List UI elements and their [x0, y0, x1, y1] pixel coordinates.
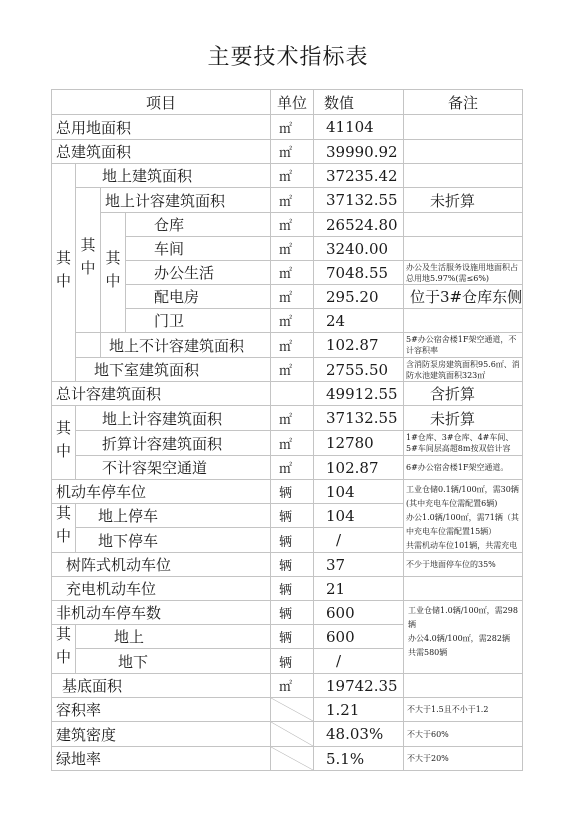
value-cell-text: 600 [326, 604, 355, 622]
row-label: 地下室建筑面积 [75, 357, 271, 382]
group-label-aboveground-text: 其中 [78, 237, 99, 283]
row-label: 地上建筑面积 [75, 163, 271, 188]
group-label-bike-text: 其中 [53, 626, 74, 672]
unit-cell [270, 381, 314, 406]
unit-cell: ㎡ [270, 405, 314, 431]
note-cell: 不大于60% [403, 721, 523, 747]
row-label: 非机动车停车数 [51, 600, 271, 625]
unit-cell: ㎡ [270, 114, 314, 140]
value-cell: / [313, 527, 404, 553]
row-label: 不计容架空通道 [75, 455, 271, 480]
note-cell-text: 办公及生活服务设施用地面积占总用地5.97%(需≤6%) [406, 262, 522, 284]
unit-cell-text: 辆 [279, 652, 292, 671]
unit-cell-text: ㎡ [279, 215, 292, 234]
row-label-text: 树阵式机动车位 [66, 554, 171, 575]
unit-cell: 辆 [270, 600, 314, 625]
value-cell-text: 26524.80 [326, 216, 398, 234]
value-cell: 295.20 [313, 284, 404, 309]
header-value-text: 数值 [324, 92, 354, 113]
note-cell [403, 236, 523, 261]
row-label-text: 地上计容建筑面积 [102, 408, 222, 429]
value-cell-text: 37 [326, 556, 345, 574]
note-cell: 不大于20% [403, 746, 523, 771]
group-label-far-text: 其中 [53, 420, 74, 466]
header-note: 备注 [403, 89, 523, 115]
note-cell-text: 不大于60% [407, 729, 449, 740]
unit-cell [270, 721, 314, 747]
unit-cell: ㎡ [270, 139, 314, 164]
row-label: 仓库 [125, 212, 271, 237]
value-cell: 5.1% [313, 746, 404, 771]
row-label: 办公生活 [125, 260, 271, 285]
value-cell-text: 1.21 [326, 701, 359, 719]
value-cell: 12780 [313, 430, 404, 456]
unit-cell-text: ㎡ [279, 311, 292, 330]
note-motor-parking-text: 工业仓储0.1辆/100㎡，需30辆(其中充电车位需配置6辆) 办公1.0辆/1… [406, 483, 522, 553]
value-cell-text: 295.20 [326, 288, 379, 306]
unit-cell-text: 辆 [279, 506, 292, 525]
unit-cell: ㎡ [270, 212, 314, 237]
note-cell: 6#办公宿舍楼1F架空通道。 [403, 455, 523, 480]
row-label-text: 地上停车 [98, 505, 158, 526]
note-cell: 不少于地面停车位的35% [403, 552, 523, 577]
note-cell [403, 139, 523, 164]
note-cell: 含消防泵房建筑面积95.6㎡、消防水池建筑面积323㎡ [403, 357, 523, 382]
row-label-text: 办公生活 [154, 262, 214, 283]
note-bike-parking-text: 工业仓储1.0辆/100㎡，需298辆 办公4.0辆/100㎡，需282辆 共需… [408, 604, 522, 660]
value-cell-text: 104 [326, 507, 355, 525]
value-cell: 21 [313, 576, 404, 601]
value-cell: 37132.55 [313, 187, 404, 213]
unit-cell: 辆 [270, 479, 314, 504]
header-unit-text: 单位 [277, 92, 307, 113]
row-label-text: 配电房 [154, 286, 199, 307]
value-cell-text: 39990.92 [326, 143, 398, 161]
unit-cell-text: 辆 [279, 531, 292, 550]
row-label: 车间 [125, 236, 271, 261]
row-label: 地下停车 [75, 527, 271, 553]
row-label-text: 门卫 [154, 310, 184, 331]
unit-cell-text: ㎡ [279, 676, 292, 695]
value-cell: 19742.35 [313, 673, 404, 698]
value-cell: 102.87 [313, 332, 404, 358]
header-value: 数值 [313, 89, 404, 115]
row-label-text: 车间 [154, 238, 184, 259]
row-label: 充电机动车位 [51, 576, 271, 601]
note-bike-parking: 工业仓储1.0辆/100㎡，需298辆 办公4.0辆/100㎡，需282辆 共需… [403, 600, 523, 674]
unit-cell-text: ㎡ [279, 166, 292, 185]
row-label: 地上计容建筑面积 [100, 187, 271, 213]
note-cell [403, 673, 523, 698]
unit-cell: 辆 [270, 527, 314, 553]
header-item-text: 项目 [146, 92, 176, 113]
value-cell: 600 [313, 600, 404, 625]
group-label-counted: 其中 [100, 212, 126, 333]
note-cell: 未折算 [403, 405, 523, 431]
note-cell: 未折算 [403, 187, 523, 213]
note-cell: 位于3#仓库东侧 [403, 284, 523, 309]
group-label-parking: 其中 [51, 503, 76, 553]
unit-cell: ㎡ [270, 332, 314, 358]
unit-cell-text: ㎡ [279, 239, 292, 258]
group-label-far: 其中 [51, 405, 76, 480]
row-label: 总用地面积 [51, 114, 271, 140]
value-cell: 39990.92 [313, 139, 404, 164]
row-label-text: 地下 [118, 651, 148, 672]
unit-cell-text: ㎡ [279, 287, 292, 306]
value-cell: 24 [313, 308, 404, 333]
group-label-building: 其中 [51, 163, 76, 382]
row-label: 地上停车 [75, 503, 271, 528]
unit-cell-text: ㎡ [279, 191, 292, 210]
value-cell: 1.21 [313, 697, 404, 722]
note-cell-text: 未折算 [430, 190, 475, 211]
group-label-bike: 其中 [51, 624, 76, 674]
row-label: 折算计容建筑面积 [75, 430, 271, 456]
row-label: 地下 [75, 648, 271, 674]
unit-cell: ㎡ [270, 673, 314, 698]
row-label-text: 地上计容建筑面积 [105, 190, 225, 211]
value-cell-text: 5.1% [326, 750, 364, 768]
row-label: 地上计容建筑面积 [75, 405, 271, 431]
row-label-text: 总计容建筑面积 [56, 383, 161, 404]
row-label: 总建筑面积 [51, 139, 271, 164]
unit-cell-text: ㎡ [279, 409, 292, 428]
unit-cell-text: ㎡ [279, 458, 292, 477]
unit-cell: ㎡ [270, 430, 314, 456]
value-cell: 104 [313, 479, 404, 504]
row-label: 树阵式机动车位 [51, 552, 271, 577]
value-cell: 7048.55 [313, 260, 404, 285]
note-motor-parking: 工业仓储0.1辆/100㎡，需30辆(其中充电车位需配置6辆) 办公1.0辆/1… [403, 479, 523, 553]
value-cell-text: 37132.55 [326, 409, 398, 427]
header-note-text: 备注 [448, 92, 478, 113]
unit-cell-text: 辆 [279, 579, 292, 598]
note-cell-text: 位于3#仓库东侧 [410, 286, 522, 307]
unit-cell: ㎡ [270, 163, 314, 188]
row-label-text: 地下室建筑面积 [94, 359, 199, 380]
unit-cell: ㎡ [270, 308, 314, 333]
note-cell-text: 不大于1.5且不小于1.2 [407, 704, 488, 715]
value-cell-text: 7048.55 [326, 264, 388, 282]
row-label: 基底面积 [51, 673, 271, 698]
note-cell: 不大于1.5且不小于1.2 [403, 697, 523, 722]
unit-cell: ㎡ [270, 284, 314, 309]
row-label-text: 总用地面积 [56, 117, 131, 138]
row-label: 容积率 [51, 697, 271, 722]
unit-cell-text: ㎡ [279, 263, 292, 282]
note-cell: 1#仓库、3#仓库、4#车间、5#车间层高超8m按双倍计容 [403, 430, 523, 456]
unit-cell-text: ㎡ [279, 118, 292, 137]
value-cell: 41104 [313, 114, 404, 140]
note-cell: 办公及生活服务设施用地面积占总用地5.97%(需≤6%) [403, 260, 523, 285]
value-cell: 37 [313, 552, 404, 577]
value-cell-text: 37132.55 [326, 191, 398, 209]
value-cell-text: 49912.55 [326, 385, 398, 403]
note-cell-text: 含折算 [430, 383, 475, 404]
unit-cell-text: ㎡ [279, 360, 292, 379]
unit-cell-text: 辆 [279, 482, 292, 501]
note-cell [403, 163, 523, 188]
unit-cell: 辆 [270, 503, 314, 528]
value-cell: 104 [313, 503, 404, 528]
value-cell-text: 104 [326, 483, 355, 501]
note-cell-text: 含消防泵房建筑面积95.6㎡、消防水池建筑面积323㎡ [406, 359, 522, 381]
value-cell: 600 [313, 624, 404, 649]
note-cell [403, 308, 523, 333]
unit-cell: ㎡ [270, 236, 314, 261]
value-cell-text: 600 [326, 628, 355, 646]
unit-cell-text: ㎡ [279, 142, 292, 161]
unit-cell [270, 746, 314, 771]
value-cell-text: 19742.35 [326, 677, 398, 695]
note-cell: 含折算 [403, 381, 523, 406]
row-label: 建筑密度 [51, 721, 271, 747]
row-label-text: 绿地率 [56, 748, 101, 769]
row-label-text: 地上 [114, 626, 144, 647]
note-cell-text: 不大于20% [407, 753, 449, 764]
unit-cell: 辆 [270, 624, 314, 649]
value-cell-text: 102.87 [326, 336, 379, 354]
note-cell [403, 576, 523, 601]
unit-cell: ㎡ [270, 357, 314, 382]
value-cell: 3240.00 [313, 236, 404, 261]
group-label-counted-text: 其中 [103, 250, 124, 296]
value-cell: 37132.55 [313, 405, 404, 431]
value-cell: 48.03% [313, 721, 404, 747]
note-cell [403, 212, 523, 237]
unit-cell-text: 辆 [279, 603, 292, 622]
note-cell-text: 不少于地面停车位的35% [406, 559, 496, 570]
unit-cell-text: ㎡ [279, 434, 292, 453]
group-label-building-text: 其中 [53, 250, 74, 296]
value-cell: 37235.42 [313, 163, 404, 188]
row-label-text: 容积率 [56, 699, 101, 720]
row-label: 总计容建筑面积 [51, 381, 271, 406]
unit-cell-text: 辆 [279, 555, 292, 574]
row-label-text: 充电机动车位 [66, 578, 156, 599]
header-unit: 单位 [270, 89, 314, 115]
value-cell-text: 3240.00 [326, 240, 388, 258]
row-label-text: 建筑密度 [56, 724, 116, 745]
row-label-text: 机动车停车位 [56, 481, 146, 502]
row-label-text: 基底面积 [62, 675, 122, 696]
group-label-aboveground: 其中 [75, 187, 101, 333]
row-label: 机动车停车位 [51, 479, 271, 504]
unit-cell: 辆 [270, 648, 314, 674]
value-cell-text: 102.87 [326, 459, 379, 477]
unit-cell [270, 697, 314, 722]
value-cell: 2755.50 [313, 357, 404, 382]
note-cell-text: 5#办公宿舍楼1F架空通道，不计容积率 [406, 334, 522, 356]
header-item: 项目 [51, 89, 271, 115]
technical-indicators-table: 项目单位数值备注其中其中其中其中其中其中总用地面积㎡41104总建筑面积㎡399… [0, 0, 576, 813]
value-cell-text: / [336, 652, 341, 670]
unit-cell-text: ㎡ [279, 336, 292, 355]
note-cell-text: 6#办公宿舍楼1F架空通道。 [406, 462, 508, 473]
value-cell-text: 12780 [326, 434, 374, 452]
row-label: 地上不计容建筑面积 [100, 332, 271, 358]
value-cell-text: / [336, 531, 341, 549]
note-cell: 5#办公宿舍楼1F架空通道，不计容积率 [403, 332, 523, 358]
row-label-text: 地上建筑面积 [102, 165, 192, 186]
value-cell: 49912.55 [313, 381, 404, 406]
unit-cell: ㎡ [270, 455, 314, 480]
unit-cell: ㎡ [270, 187, 314, 213]
unit-cell: ㎡ [270, 260, 314, 285]
note-cell-text: 1#仓库、3#仓库、4#车间、5#车间层高超8m按双倍计容 [406, 432, 522, 454]
row-label-text: 非机动车停车数 [56, 602, 161, 623]
value-cell-text: 48.03% [326, 725, 383, 743]
row-label: 配电房 [125, 284, 271, 309]
unit-cell: 辆 [270, 576, 314, 601]
value-cell-text: 41104 [326, 118, 374, 136]
value-cell-text: 24 [326, 312, 345, 330]
value-cell: 102.87 [313, 455, 404, 480]
row-label-text: 地下停车 [98, 530, 158, 551]
value-cell-text: 21 [326, 580, 345, 598]
row-label: 绿地率 [51, 746, 271, 771]
row-label-text: 不计容架空通道 [102, 457, 207, 478]
row-label: 地上 [75, 624, 271, 649]
row-label-text: 仓库 [154, 214, 184, 235]
row-label-text: 地上不计容建筑面积 [109, 335, 244, 356]
note-cell [403, 114, 523, 140]
value-cell-text: 37235.42 [326, 167, 398, 185]
value-cell: 26524.80 [313, 212, 404, 237]
note-cell-text: 未折算 [430, 408, 475, 429]
unit-cell: 辆 [270, 552, 314, 577]
group-label-parking-text: 其中 [53, 505, 74, 551]
unit-cell-text: 辆 [279, 627, 292, 646]
value-cell: / [313, 648, 404, 674]
row-label: 门卫 [125, 308, 271, 333]
row-label-text: 折算计容建筑面积 [102, 433, 222, 454]
row-label-text: 总建筑面积 [56, 141, 131, 162]
value-cell-text: 2755.50 [326, 361, 388, 379]
